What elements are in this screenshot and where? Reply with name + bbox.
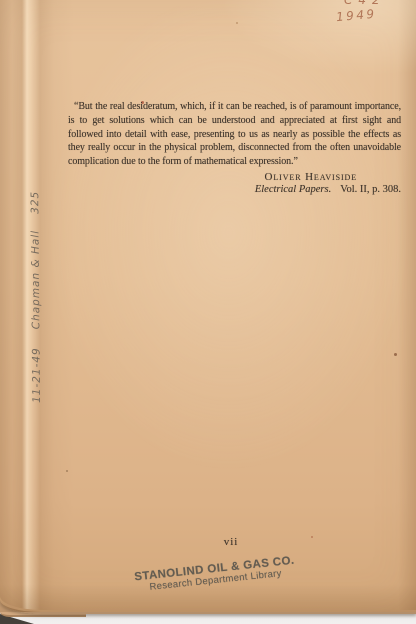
book-page-photo: “But the real desideratum, which, if it … <box>0 0 416 624</box>
attribution-source: Electrical Papers.Vol. II, p. 308. <box>68 184 401 195</box>
attribution: Oliver Heaviside Electrical Papers.Vol. … <box>68 171 401 195</box>
page-scan <box>0 0 416 614</box>
margin-note-number: 325 <box>29 191 41 214</box>
attribution-reference: Vol. II, p. 308. <box>340 184 401 195</box>
top-right-pencil-note: C42 1949 <box>336 0 386 22</box>
attribution-work-title: Electrical Papers. <box>255 184 331 195</box>
epigraph-quote: “But the real desideratum, which, if it … <box>68 100 401 169</box>
page-number: vii <box>189 536 273 548</box>
attribution-name: Oliver Heaviside <box>68 171 401 183</box>
margin-note-date: 11-21-49 <box>31 347 43 403</box>
pencil-note-year: 1949 <box>335 6 386 24</box>
margin-note-publisher: Chapman & Hall <box>29 230 42 330</box>
margin-note-handwriting: 11-21-49Chapman & Hall325 <box>29 179 43 403</box>
epigraph: “But the real desideratum, which, if it … <box>68 100 401 195</box>
